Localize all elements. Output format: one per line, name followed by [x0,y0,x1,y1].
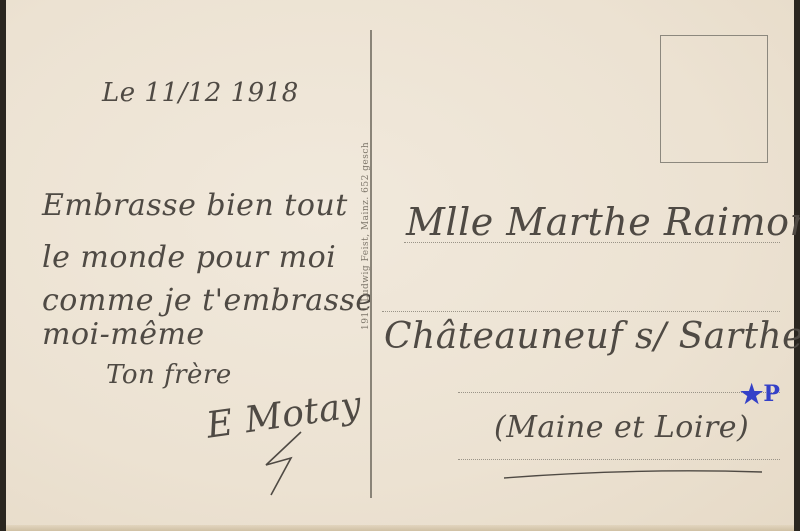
publisher-imprint: 1911 Ludwig Feist, Mainz. 652 gesch [361,142,371,330]
postmark-letter: P [763,381,780,407]
stamp-box [660,35,768,163]
postcard: Le 11/12 1918 Embrasse bien tout le mond… [6,0,794,531]
address-line-4 [458,459,780,460]
message-line: Embrasse bien tout [42,188,348,223]
message-line: moi-même [42,317,205,352]
address-line-3 [458,392,780,393]
message-date: Le 11/12 1918 [102,78,299,108]
message-closing: Ton frère [106,360,232,390]
signature-flourish-icon [256,430,316,500]
recipient-department: (Maine et Loire) [494,410,749,445]
postmark-stamp: ★P [740,380,780,410]
message-line: comme je t'embrasse [42,283,374,318]
recipient-city: Châteauneuf s/ Sarthe [384,316,800,357]
recipient-name: Mlle Marthe Raimont [406,200,800,244]
address-line-2 [382,311,780,312]
message-line: le monde pour moi [42,240,336,275]
star-icon: ★ [740,380,763,410]
address-underline-stroke [504,468,764,482]
